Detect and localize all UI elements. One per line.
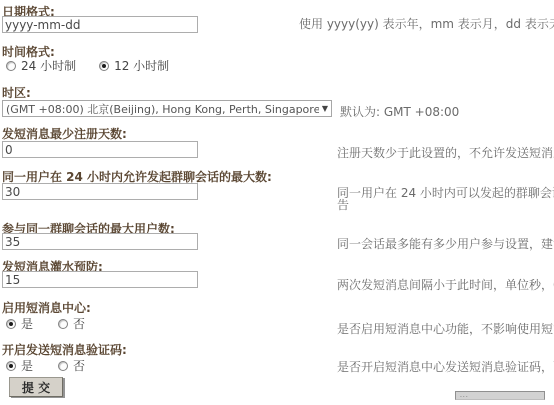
timezone-selected-value: (GMT +08:00) 北京(Beijing), Hong Kong, Per… bbox=[6, 101, 319, 117]
pm-center-yes-icon[interactable] bbox=[6, 319, 16, 329]
pm-captcha-yes-label[interactable]: 是 bbox=[21, 357, 33, 374]
chevron-down-icon: ▼ bbox=[322, 104, 328, 113]
min-reg-days-hint: 注册天数少于此设置的，不允许发送短消息，0为不限制， bbox=[337, 144, 554, 161]
min-reg-days-input[interactable] bbox=[2, 141, 198, 158]
pm-center-no-icon[interactable] bbox=[58, 319, 68, 329]
pm-center-yes-label[interactable]: 是 bbox=[21, 315, 33, 332]
scrollbar-grip-icon: ... bbox=[460, 393, 469, 399]
flood-prevention-input[interactable] bbox=[2, 271, 198, 288]
pm-center-hint: 是否启用短消息中心功能，不影响使用短消息接口 bbox=[337, 320, 554, 337]
date-format-input[interactable] bbox=[2, 16, 198, 33]
pm-center-option-yes[interactable]: 是 bbox=[6, 315, 33, 332]
horizontal-scrollbar-thumb[interactable]: ... bbox=[455, 391, 545, 400]
pm-center-option-no[interactable]: 否 bbox=[58, 315, 85, 332]
pm-center-no-label[interactable]: 否 bbox=[73, 315, 85, 332]
pm-captcha-radio-group: 是 否 bbox=[6, 357, 85, 374]
timezone-hint: 默认为: GMT +08:00 bbox=[340, 103, 459, 120]
pm-captcha-option-yes[interactable]: 是 bbox=[6, 357, 33, 374]
timezone-select[interactable]: (GMT +08:00) 北京(Beijing), Hong Kong, Per… bbox=[2, 100, 332, 117]
time-format-option-24h[interactable]: 24 小时制 bbox=[6, 57, 76, 74]
max-group-chats-hint: 同一用户在 24 小时内可以发起的群聊会话的最大值， bbox=[337, 184, 554, 201]
max-group-chats-hint-line2: 告 bbox=[337, 196, 349, 213]
flood-prevention-hint: 两次发短消息间隔小于此时间，单位秒，0 为不限制 100 bbox=[337, 276, 554, 293]
pm-captcha-no-icon[interactable] bbox=[58, 361, 68, 371]
pm-settings-form: 日期格式: 使用 yyyy(yy) 表示年，mm 表示月，dd 表示天。如 y … bbox=[0, 0, 554, 405]
radio-12h-icon[interactable] bbox=[99, 61, 109, 71]
radio-24h-icon[interactable] bbox=[6, 61, 16, 71]
pm-captcha-label: 开启发送短消息验证码: bbox=[2, 341, 127, 358]
max-group-users-input[interactable] bbox=[2, 233, 198, 250]
time-format-option-12h[interactable]: 12 小时制 bbox=[99, 57, 169, 74]
time-format-radio-group: 24 小时制 12 小时制 bbox=[6, 57, 169, 74]
timezone-label: 时区: bbox=[2, 84, 31, 101]
pm-captcha-yes-icon[interactable] bbox=[6, 361, 16, 371]
radio-24h-label[interactable]: 24 小时制 bbox=[21, 57, 76, 74]
min-reg-days-label: 发短消息最少注册天数: bbox=[2, 125, 127, 142]
date-format-hint: 使用 yyyy(yy) 表示年，mm 表示月，dd 表示天。如 y bbox=[299, 15, 554, 32]
max-group-users-hint: 同一会话最多能有多少用户参与设置，建议在 30 值，建 bbox=[337, 235, 554, 252]
pm-captcha-option-no[interactable]: 否 bbox=[58, 357, 85, 374]
max-group-chats-input[interactable] bbox=[2, 183, 198, 200]
pm-captcha-no-label[interactable]: 否 bbox=[73, 357, 85, 374]
pm-captcha-hint: 是否开启短消息中心发送短消息验证码，可以防止 bbox=[337, 358, 554, 375]
pm-center-label: 启用短消息中心: bbox=[2, 299, 91, 316]
pm-center-radio-group: 是 否 bbox=[6, 315, 85, 332]
submit-button[interactable]: 提 交 bbox=[9, 377, 63, 397]
radio-12h-label[interactable]: 12 小时制 bbox=[114, 57, 169, 74]
